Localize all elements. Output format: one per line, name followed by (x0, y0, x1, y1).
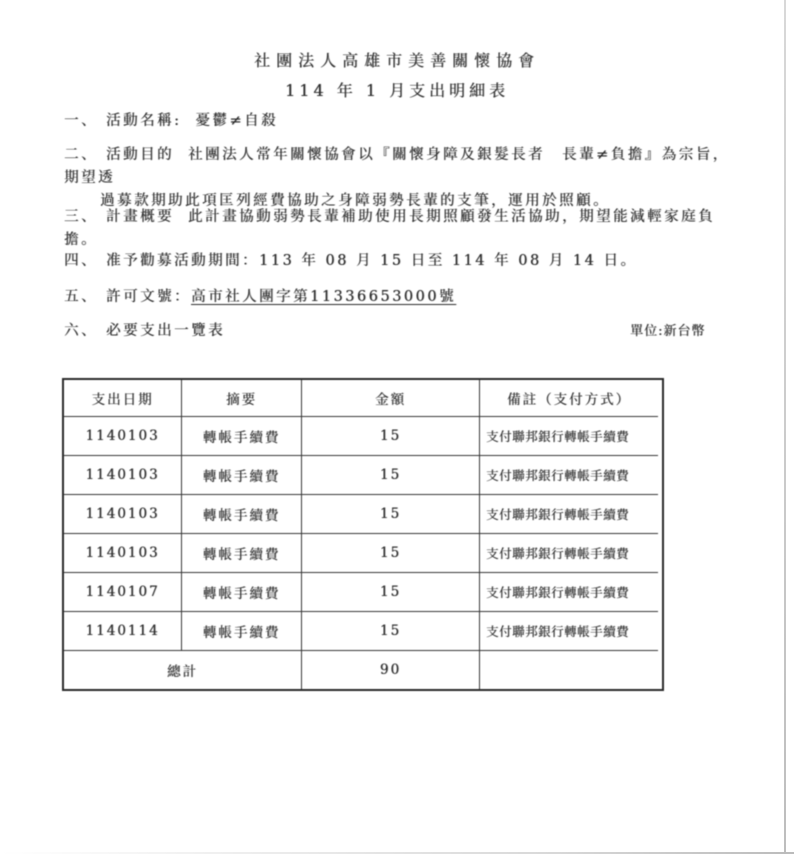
row-4-remark: 支付聯邦銀行轉帳手續費 (480, 534, 658, 573)
item-1-number: 一、 (64, 110, 106, 133)
scanned-document-page: 社團法人高雄市美善關懷協會 114 年 1 月支出明細表 一、活動名稱:憂鬱≠自… (0, 0, 794, 854)
item-2-number: 二、 (64, 144, 106, 167)
row-5-remark: 支付聯邦銀行轉帳手續費 (480, 573, 658, 612)
column-header-amount: 金額 (302, 380, 480, 417)
row-6-amount: 15 (302, 612, 480, 651)
total-label: 總計 (64, 651, 302, 689)
row-1-date: 1140103 (64, 417, 182, 456)
column-header-remark: 備註（支付方式） (480, 380, 658, 417)
row-1-remark: 支付聯邦銀行轉帳手續費 (480, 417, 658, 456)
item-6-number: 六、 (64, 320, 106, 343)
total-remark (480, 651, 658, 689)
item-2-label: 活動目的 (106, 147, 174, 163)
row-5-summary: 轉帳手續費 (182, 573, 302, 612)
row-2-summary: 轉帳手續費 (182, 456, 302, 495)
row-3-amount: 15 (302, 495, 480, 534)
row-2-date: 1140103 (64, 456, 182, 495)
column-header-date: 支出日期 (64, 380, 182, 417)
document-content: 社團法人高雄市美善關懷協會 114 年 1 月支出明細表 一、活動名稱:憂鬱≠自… (0, 0, 794, 854)
item-1-text: 憂鬱≠自殺 (195, 113, 278, 129)
item-5-label: 許可文號： (106, 289, 191, 305)
item-1-activity-name: 一、活動名稱:憂鬱≠自殺 (64, 110, 744, 133)
row-4-date: 1140103 (64, 534, 182, 573)
row-2-remark: 支付聯邦銀行轉帳手續費 (480, 456, 658, 495)
row-1-amount: 15 (302, 417, 480, 456)
document-title: 社團法人高雄市美善關懷協會 (0, 48, 794, 71)
row-6-date: 1140114 (64, 612, 182, 651)
row-5-date: 1140107 (64, 573, 182, 612)
currency-unit-label: 單位:新台幣 (630, 320, 705, 339)
row-6-summary: 轉帳手續費 (182, 612, 302, 651)
row-2-amount: 15 (302, 456, 480, 495)
item-5-doc-number: 高市社人團字第11336653000號 (191, 289, 456, 305)
item-1-label: 活動名稱: (106, 113, 181, 129)
row-4-summary: 轉帳手續費 (182, 534, 302, 573)
item-3-label: 計畫概要 (106, 209, 174, 225)
item-4-fundraising-period: 四、准予勸募活動期間：113 年 08 月 15 日至 114 年 08 月 1… (64, 250, 744, 273)
item-3-number: 三、 (64, 206, 106, 229)
item-5-number: 五、 (64, 286, 106, 309)
row-5-amount: 15 (302, 573, 480, 612)
item-4-number: 四、 (64, 250, 106, 273)
total-amount: 90 (302, 651, 480, 689)
item-4-text: 准予勸募活動期間：113 年 08 月 15 日至 114 年 08 月 14 … (106, 253, 637, 269)
scan-edge-right (784, 0, 786, 854)
expense-table: 支出日期 摘要 金額 備註（支付方式） 1140103 轉帳手續費 15 支付聯… (62, 378, 664, 691)
row-1-summary: 轉帳手續費 (182, 417, 302, 456)
row-4-amount: 15 (302, 534, 480, 573)
item-6-text: 必要支出一覽表 (106, 323, 225, 339)
row-3-date: 1140103 (64, 495, 182, 534)
column-header-summary: 摘要 (182, 380, 302, 417)
document-subtitle: 114 年 1 月支出明細表 (0, 78, 794, 101)
item-3-plan-summary: 三、計畫概要此計畫協動弱勢長輩補助使用長期照顧發生活協助，期望能減輕家庭負擔。 (64, 206, 744, 252)
row-6-remark: 支付聯邦銀行轉帳手續費 (480, 612, 658, 651)
row-3-summary: 轉帳手續費 (182, 495, 302, 534)
item-2-activity-purpose: 二、活動目的社團法人常年關懷協會以『關懷身障及銀髮長者 長輩≠負擔』為宗旨，期望… (64, 144, 744, 213)
row-3-remark: 支付聯邦銀行轉帳手續費 (480, 495, 658, 534)
item-5-permit-number: 五、許可文號：高市社人團字第11336653000號 (64, 286, 744, 309)
